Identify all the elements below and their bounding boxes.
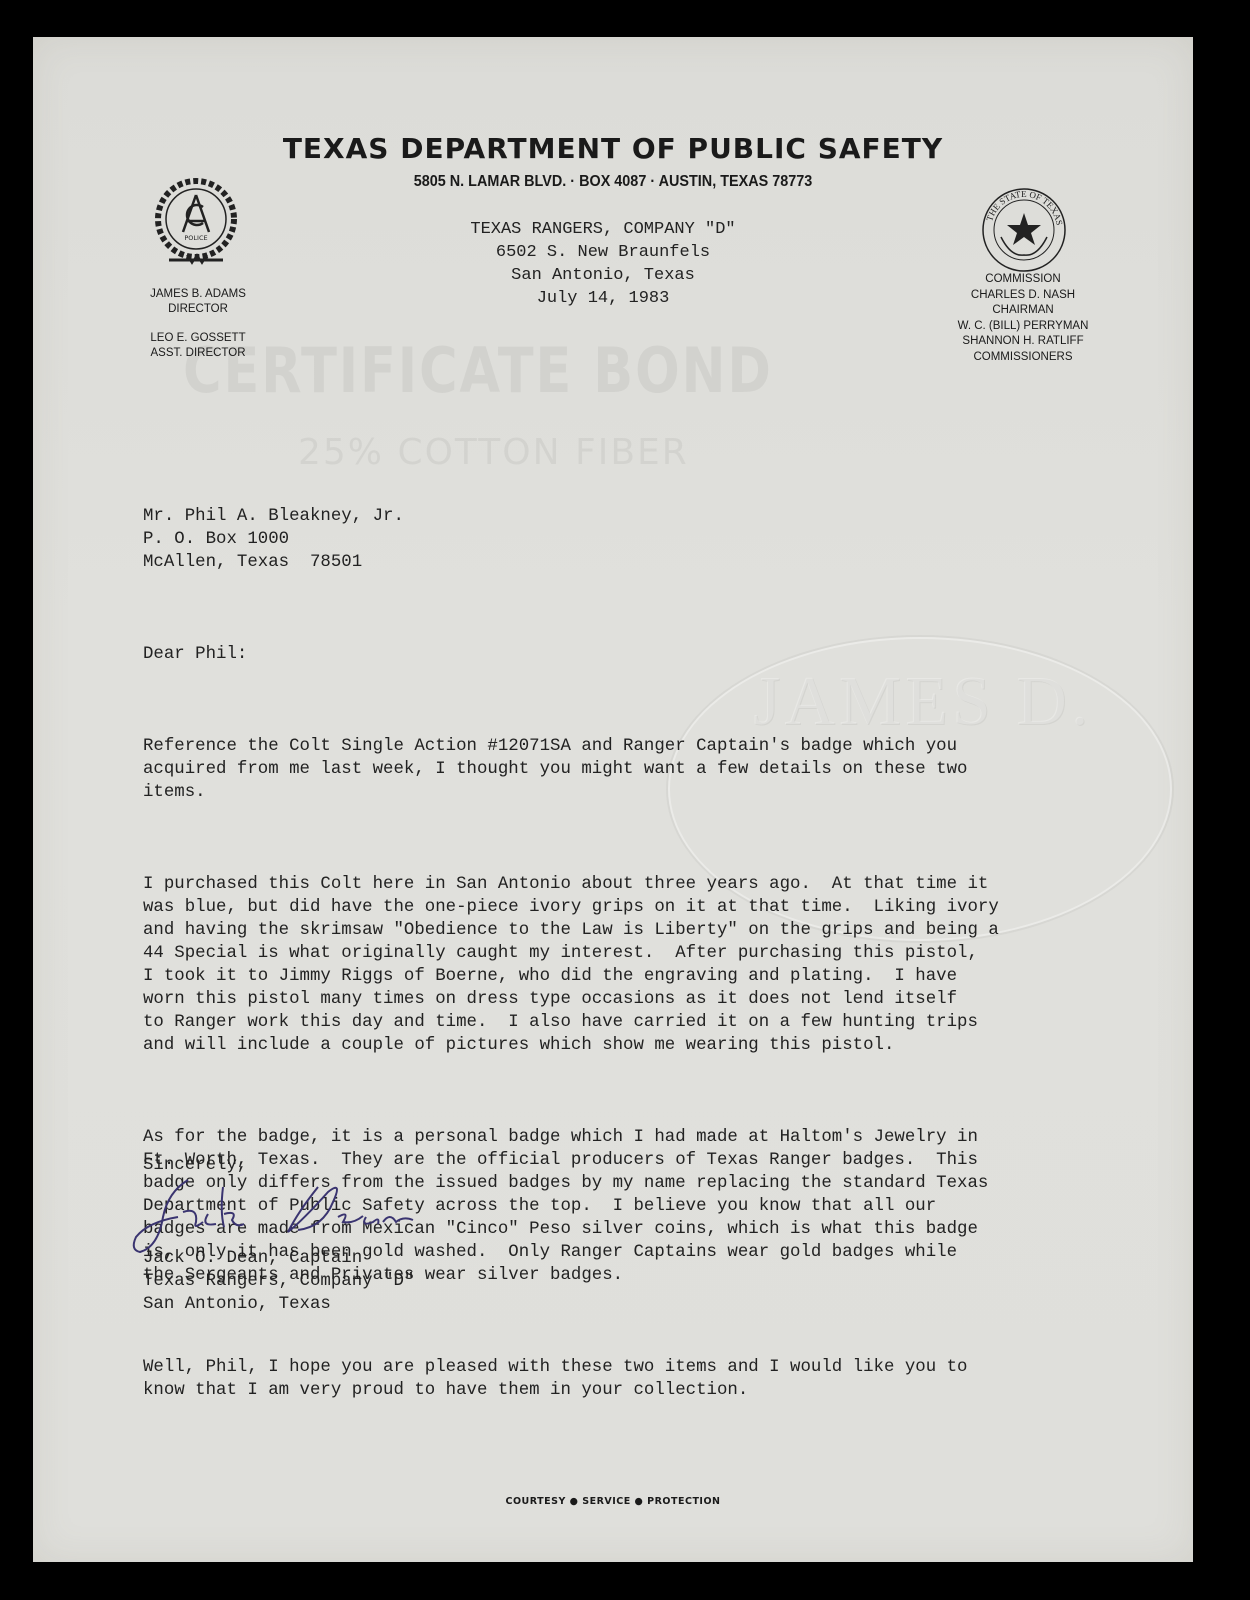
right-commission: COMMISSION CHARLES D. NASH CHAIRMAN W. C… xyxy=(948,272,1098,365)
recipient-line: P. O. Box 1000 xyxy=(143,530,289,549)
signer-unit: Texas Rangers, Company "D" xyxy=(143,1272,414,1291)
commission-line: COMMISSION xyxy=(948,272,1098,288)
letterhead-title: TEXAS DEPARTMENT OF PUBLIC SAFETY xyxy=(33,132,1193,165)
commission-line: COMMISSIONERS xyxy=(948,350,1098,366)
svg-text:POLICE: POLICE xyxy=(184,234,207,242)
signer-location: San Antonio, Texas xyxy=(143,1295,331,1314)
commission-line: W. C. (BILL) PERRYMAN xyxy=(948,319,1098,335)
paper-watermark: CERTIFICATE BOND xyxy=(183,334,773,407)
signature-icon xyxy=(128,1172,448,1257)
paragraph: Well, Phil, I hope you are pleased with … xyxy=(143,1356,1123,1402)
recipient-line: McAllen, Texas 78501 xyxy=(143,553,362,572)
letter-page: TEXAS DEPARTMENT OF PUBLIC SAFETY 5805 N… xyxy=(33,37,1193,1562)
sender-line: TEXAS RANGERS, COMPANY "D" xyxy=(393,218,813,241)
letterhead-address: 5805 N. LAMAR BLVD. · BOX 4087 · AUSTIN,… xyxy=(91,173,1135,191)
recipient-line: Mr. Phil A. Bleakney, Jr. xyxy=(143,507,404,526)
texas-seal-icon: THE STATE OF TEXAS xyxy=(981,187,1067,273)
official-title: DIRECTOR xyxy=(128,302,268,317)
signoff-block: Jack O. Dean, Captain Texas Rangers, Com… xyxy=(143,1247,414,1316)
salutation: Dear Phil: xyxy=(143,643,1123,666)
letterhead-footer: COURTESY ● SERVICE ● PROTECTION xyxy=(33,1496,1193,1507)
sender-line: 6502 S. New Braunfels xyxy=(393,241,813,264)
commission-line: SHANNON H. RATLIFF xyxy=(948,334,1098,350)
sender-line: San Antonio, Texas xyxy=(393,264,813,287)
police-emblem-icon: POLICE xyxy=(151,177,241,277)
paragraph: Reference the Colt Single Action #12071S… xyxy=(143,735,1123,804)
commission-line: CHAIRMAN xyxy=(948,303,1098,319)
letter-body: Mr. Phil A. Bleakney, Jr. P. O. Box 1000… xyxy=(143,459,1123,1471)
paragraph: I purchased this Colt here in San Antoni… xyxy=(143,873,1123,1057)
sender-block: TEXAS RANGERS, COMPANY "D" 6502 S. New B… xyxy=(393,218,813,310)
commission-line: CHARLES D. NASH xyxy=(948,288,1098,304)
official-name: JAMES B. ADAMS xyxy=(128,287,268,302)
recipient-address: Mr. Phil A. Bleakney, Jr. P. O. Box 1000… xyxy=(143,505,1123,574)
letter-date: July 14, 1983 xyxy=(393,287,813,310)
signer-name: Jack O. Dean, Captain xyxy=(143,1249,362,1268)
